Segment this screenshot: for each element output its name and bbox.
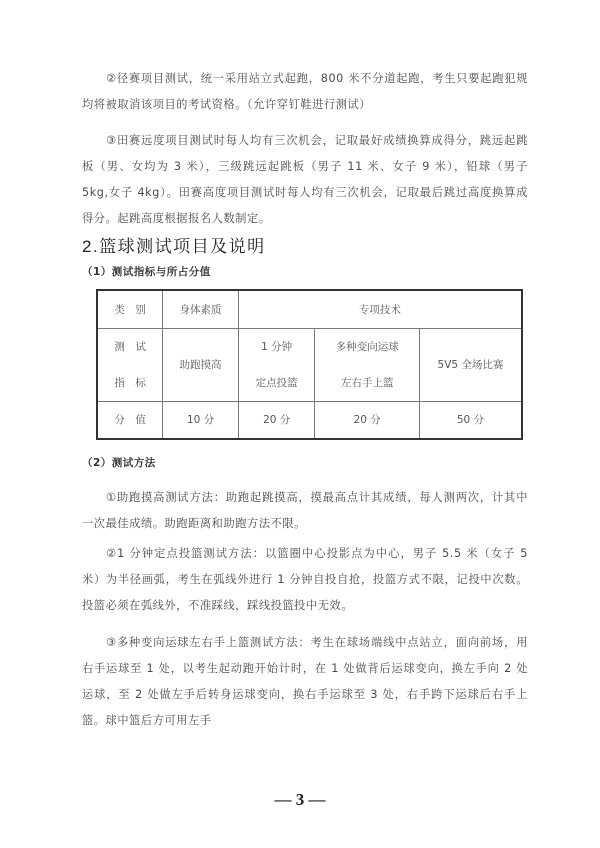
table-cell: 身体素质	[163, 290, 239, 328]
table-cell: 分 值	[97, 401, 163, 439]
paragraph-field-rules: ③田赛远度项目测试时每人均有三次机会，记取最好成绩换算成得分，跳远起跳板（男、女…	[82, 128, 528, 232]
page-number: — 3 —	[0, 790, 600, 810]
table-cell: 1 分钟 定点投篮	[238, 328, 315, 401]
table-row: 测 试 指 标 助跑摸高 1 分钟 定点投篮 多种变向运球 左右手上篮 5V5 …	[97, 328, 522, 401]
paragraph-method-1: ①助跑摸高测试方法：助跑起跳摸高，摸最高点计其成绩，每人测两次，计其中一次最佳成…	[82, 485, 528, 537]
table-cell: 20 分	[238, 401, 315, 439]
score-table: 类 别 身体素质 专项技术 测 试 指 标 助跑摸高 1 分钟 定点投篮 多种变…	[96, 289, 523, 440]
table-cell: 助跑摸高	[163, 328, 239, 401]
cell-line: 1 分钟	[239, 329, 315, 365]
cell-line: 多种变向运球	[315, 329, 418, 365]
subsection-title-scores: （1）测试指标与所占分值	[82, 264, 211, 279]
table-cell: 20 分	[315, 401, 419, 439]
table-row: 类 别 身体素质 专项技术	[97, 290, 522, 328]
table-cell: 类 别	[97, 290, 163, 328]
table-cell: 10 分	[163, 401, 239, 439]
subsection-title-methods: （2）测试方法	[82, 455, 156, 470]
table-cell: 多种变向运球 左右手上篮	[315, 328, 419, 401]
table-cell: 专项技术	[238, 290, 522, 328]
cell-line: 测 试	[98, 329, 162, 365]
paragraph-method-2: ②1 分钟定点投篮测试方法：以篮圈中心投影点为中心，男子 5.5 米（女子 5 …	[82, 541, 528, 619]
cell-line: 指 标	[98, 365, 162, 401]
section-title: 2.篮球测试项目及说明	[82, 232, 266, 257]
cell-line: 左右手上篮	[315, 365, 418, 401]
paragraph-method-3: ③多种变向运球左右手上篮测试方法：考生在球场端线中点站立，面向前场，用右手运球至…	[82, 630, 528, 734]
paragraph-track-rules: ②径赛项目测试，统一采用站立式起跑，800 米不分道起跑，考生只要起跑犯规均将被…	[82, 66, 528, 118]
table-row: 分 值 10 分 20 分 20 分 50 分	[97, 401, 522, 439]
table-cell: 5V5 全场比赛	[419, 328, 522, 401]
table-cell: 50 分	[419, 401, 522, 439]
cell-line: 定点投篮	[239, 365, 315, 401]
table-cell: 测 试 指 标	[97, 328, 163, 401]
